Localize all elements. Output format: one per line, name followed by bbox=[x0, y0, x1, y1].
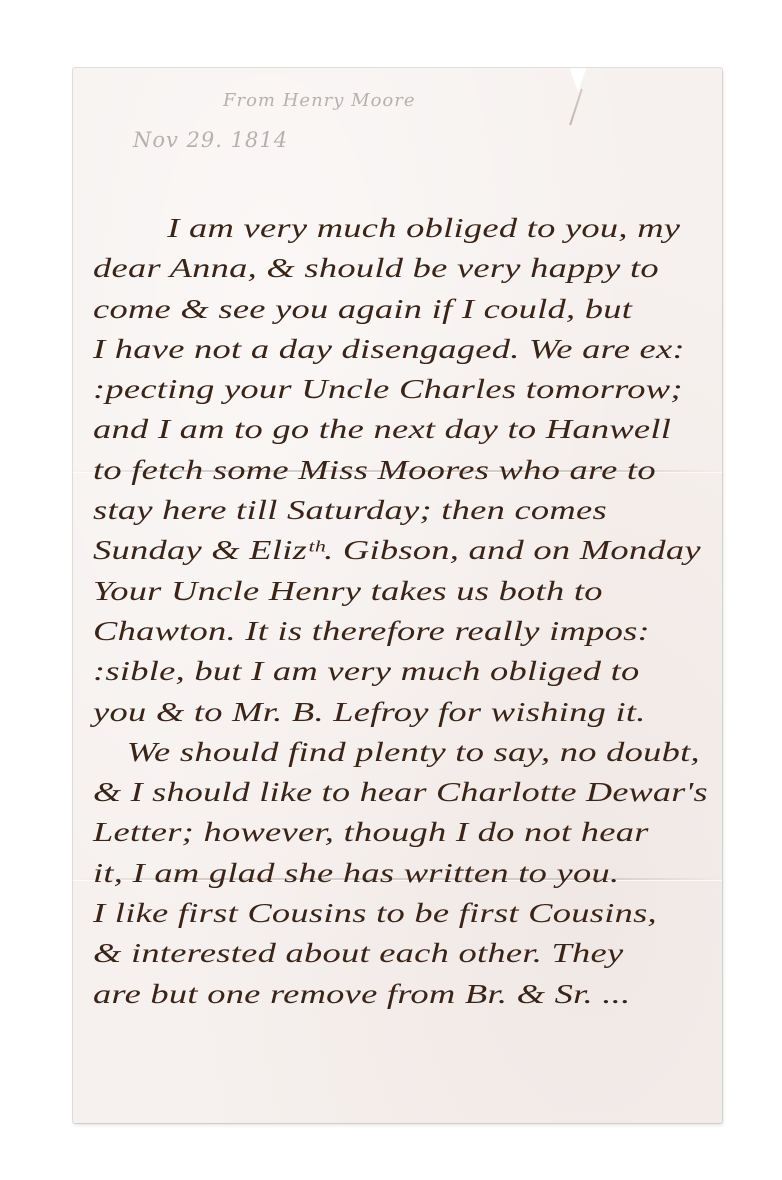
letter-line: are but one remove from Br. & Sr. ... bbox=[93, 974, 722, 1014]
letter-line: I have not a day disengaged. We are ex: bbox=[93, 329, 722, 369]
letter-line: come & see you again if I could, but bbox=[93, 289, 722, 329]
letter-line: :sible, but I am very much obliged to bbox=[93, 651, 722, 691]
tear-mark bbox=[569, 89, 583, 126]
letter-line: I am very much obliged to you, my bbox=[93, 208, 722, 248]
letter-page: From Henry Moore Nov 29. 1814 I am very … bbox=[73, 68, 722, 1123]
letter-body: I am very much obliged to you, my dear A… bbox=[93, 208, 708, 1014]
letter-line: Chawton. It is therefore really impos: bbox=[93, 611, 722, 651]
letter-line: it, I am glad she has written to you. bbox=[93, 853, 722, 893]
letter-line: you & to Mr. B. Lefroy for wishing it. bbox=[93, 692, 722, 732]
letter-line: Sunday & Elizᵗʰ. Gibson, and on Monday bbox=[93, 530, 722, 570]
letter-line: :pecting your Uncle Charles tomorrow; bbox=[93, 369, 722, 409]
letter-line: Your Uncle Henry takes us both to bbox=[93, 571, 722, 611]
letter-line: stay here till Saturday; then comes bbox=[93, 490, 722, 530]
letter-line: Letter; however, though I do not hear bbox=[93, 812, 722, 852]
letter-line: and I am to go the next day to Hanwell bbox=[93, 409, 722, 449]
torn-notch bbox=[569, 68, 587, 92]
letter-line: & interested about each other. They bbox=[93, 933, 722, 973]
letter-line: We should find plenty to say, no doubt, bbox=[93, 732, 722, 772]
letter-line: dear Anna, & should be very happy to bbox=[93, 248, 722, 288]
pencil-annotation-from: From Henry Moore bbox=[223, 90, 416, 111]
letter-line: & I should like to hear Charlotte Dewar'… bbox=[93, 772, 722, 812]
letter-line: to fetch some Miss Moores who are to bbox=[93, 450, 722, 490]
letter-line: I like first Cousins to be first Cousins… bbox=[93, 893, 722, 933]
pencil-annotation-date: Nov 29. 1814 bbox=[133, 128, 288, 152]
